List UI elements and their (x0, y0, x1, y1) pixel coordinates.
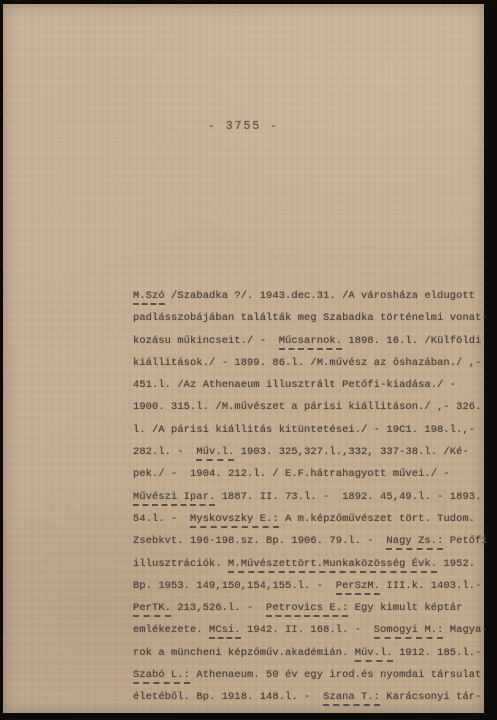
text-line: Szabó L.: Athenaeum. 50 év egy irod.és n… (133, 669, 489, 691)
text-segment: 1903. 325,327.l.,332, 337-38.l. /Ké- (234, 446, 468, 458)
underlined-text-segment: Nagy Zs.: (386, 535, 443, 550)
underlined-text-segment: Szabó L.: (133, 669, 190, 684)
text-line: életéből. Bp. 1918. 148.l. - Szana T.: K… (133, 691, 489, 713)
text-line: Művészi Ipar. 1887. II. 73.l. - 1892. 45… (133, 491, 489, 513)
text-segment: 1912. 185.l.- (393, 647, 482, 659)
text-segment: 1898. 16.l. /Külföldi (342, 335, 481, 347)
text-line: 54.l. - Myskovszky E.: A m.képzőművészet… (133, 513, 489, 535)
text-segment: Bp. 1953. 149,150,154,155.l. - (133, 580, 336, 592)
text-line: padlásszobájában találták meg Szabadka t… (133, 312, 489, 334)
text-segment: pek./ - 1904. 212.l. / E.F.hátrahagyott … (133, 468, 450, 480)
text-segment: l. /A párisi kiállitás kitüntetései./ - … (133, 424, 475, 436)
text-segment: /Szabadka ?/. 1943.dec.31. /A városháza … (165, 290, 475, 302)
text-line: l. /A párisi kiállitás kitüntetései./ - … (133, 424, 489, 446)
text-line: 282.l. - Műv.l. 1903. 325,327.l.,332, 33… (133, 446, 489, 468)
text-segment: A m.képzőművészet tört. Tudom. (279, 513, 475, 525)
underlined-text-segment: Műv.l. (196, 446, 234, 461)
text-segment: Egy kimult képtár (348, 602, 462, 614)
text-segment: illusztrációk. (133, 558, 228, 570)
bibliography-text: M.Szó /Szabadka ?/. 1943.dec.31. /A váro… (133, 290, 489, 714)
underlined-text-segment: Szana T.: (323, 691, 380, 706)
underlined-text-segment: Műv.l. (355, 647, 393, 662)
text-line: illusztrációk. M.Művészettört.Munkaközös… (133, 558, 489, 580)
text-segment: Magya- (443, 624, 487, 636)
underlined-text-segment: PerTK. (133, 602, 171, 617)
underlined-text-segment: Myskovszky E.: (190, 513, 279, 528)
document-page: - 3755 - M.Szó /Szabadka ?/. 1943.dec.31… (3, 4, 484, 713)
text-segment: Karácsonyi tár- (380, 691, 481, 703)
scan-background: - 3755 - M.Szó /Szabadka ?/. 1943.dec.31… (0, 0, 497, 720)
text-line: PerTK. 213,526.l. - Petrovics E.: Egy ki… (133, 602, 489, 624)
text-segment: padlásszobájában találták meg Szabadka t… (133, 312, 488, 324)
text-segment: Athenaeum. 50 év egy irod.és nyomdai tár… (190, 669, 481, 681)
text-line: kozásu műkincseit./ - Műcsarnok. 1898. 1… (133, 335, 489, 357)
underlined-text-segment: Művészi Ipar. (133, 491, 215, 506)
text-line: Zsebkvt. 196-198.sz. Bp. 1906. 79.l. - N… (133, 535, 489, 557)
underlined-text-segment: PerSzM. (336, 580, 380, 595)
text-segment: 1900. 315.l. /M.művészet a párisi kiálli… (133, 401, 481, 413)
underlined-text-segment: M.Szó (133, 290, 165, 305)
text-segment: 1952. (437, 558, 475, 570)
page-number: - 3755 - (3, 120, 484, 133)
text-segment: rok a müncheni képzőműv.akadémián. (133, 647, 355, 659)
text-segment: kiállitások./ - 1899. 86.l. /M.művész az… (133, 357, 481, 369)
text-segment: emlékezete. (133, 624, 209, 636)
text-segment: életéből. Bp. 1918. 148.l. - (133, 691, 323, 703)
text-segment: Petőfi (443, 535, 487, 547)
text-line: Bp. 1953. 149,150,154,155.l. - PerSzM. I… (133, 580, 489, 602)
text-segment: Zsebkvt. 196-198.sz. Bp. 1906. 79.l. - (133, 535, 386, 547)
underlined-text-segment: M.Művészettört.Munkaközösség Évk. (228, 558, 437, 573)
text-segment: III.k. 1403.l.- (380, 580, 481, 592)
text-segment: 451.l. /Az Athenaeum illusztrált Petőfi-… (133, 379, 456, 391)
text-line: M.Szó /Szabadka ?/. 1943.dec.31. /A váro… (133, 290, 489, 312)
text-line: rok a müncheni képzőműv.akadémián. Műv.l… (133, 647, 489, 669)
underlined-text-segment: MCsi. (209, 624, 241, 639)
text-line: 451.l. /Az Athenaeum illusztrált Petőfi-… (133, 379, 489, 401)
underlined-text-segment: Petrovics E.: (266, 602, 348, 617)
text-segment: 282.l. - (133, 446, 196, 458)
text-line: emlékezete. MCsi. 1942. II. 168.l. - Som… (133, 624, 489, 646)
text-segment: 213,526.l. - (171, 602, 266, 614)
underlined-text-segment: Somogyi M.: (374, 624, 444, 639)
text-segment: 1942. II. 168.l. - (241, 624, 374, 636)
text-segment: 54.l. - (133, 513, 190, 525)
text-segment: 1887. II. 73.l. - 1892. 45,49.l. - 1893. (215, 491, 481, 503)
underlined-text-segment: Műcsarnok. (279, 335, 342, 350)
text-line: pek./ - 1904. 212.l. / E.F.hátrahagyott … (133, 468, 489, 490)
text-segment: kozásu műkincseit./ - (133, 335, 279, 347)
text-line: 1900. 315.l. /M.művészet a párisi kiálli… (133, 401, 489, 423)
text-line: kiállitások./ - 1899. 86.l. /M.művész az… (133, 357, 489, 379)
